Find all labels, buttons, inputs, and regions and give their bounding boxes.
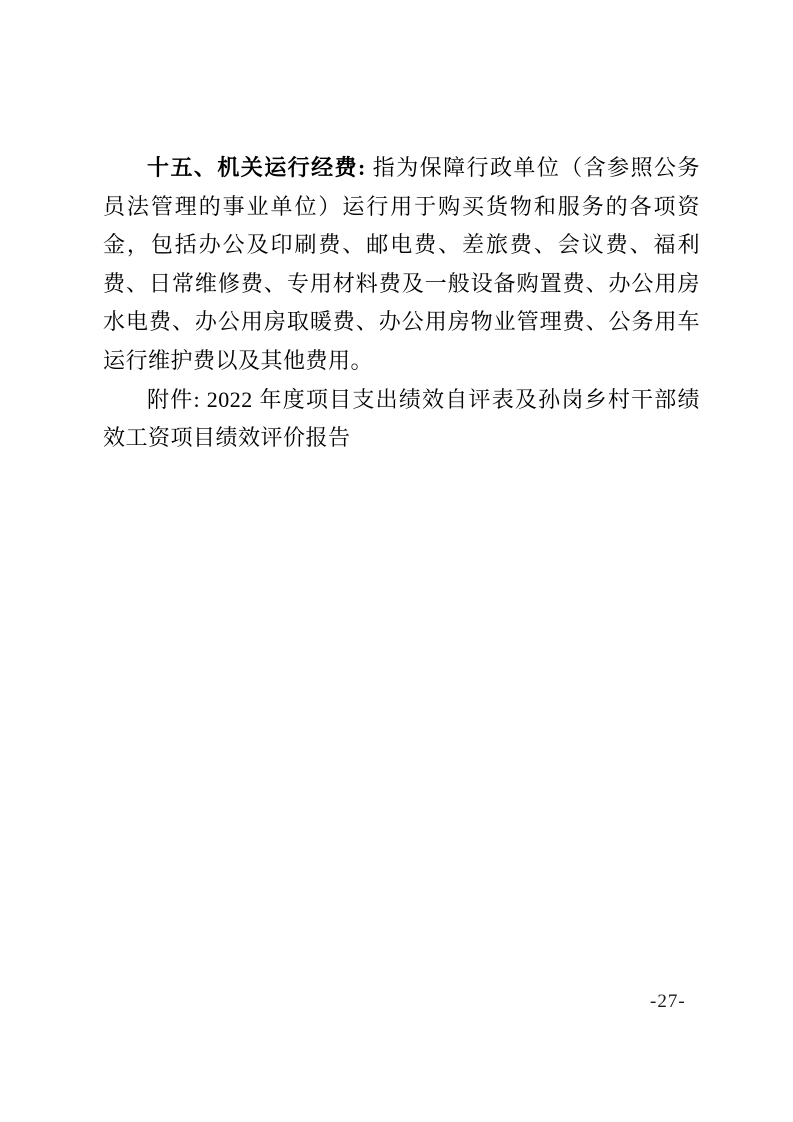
paragraph-org-running-expense: 十五、机关运行经费: 指为保障行政单位（含参照公务员法管理的事业单位）运行用于购… [103, 149, 700, 381]
attachment-text: 附件: 2022 年度项目支出绩效自评表及孙岗乡村干部绩效工资项目绩效评价报告 [103, 387, 700, 451]
page-number: -27- [650, 991, 686, 1013]
document-page: 十五、机关运行经费: 指为保障行政单位（含参照公务员法管理的事业单位）运行用于购… [0, 0, 793, 1122]
paragraph-lead-bold: 十五、机关运行经费: [147, 155, 366, 180]
document-body: 十五、机关运行经费: 指为保障行政单位（含参照公务员法管理的事业单位）运行用于购… [103, 149, 700, 458]
paragraph-attachment: 附件: 2022 年度项目支出绩效自评表及孙岗乡村干部绩效工资项目绩效评价报告 [103, 381, 700, 458]
paragraph-body-text: 指为保障行政单位（含参照公务员法管理的事业单位）运行用于购买货物和服务的各项资金… [103, 155, 700, 373]
